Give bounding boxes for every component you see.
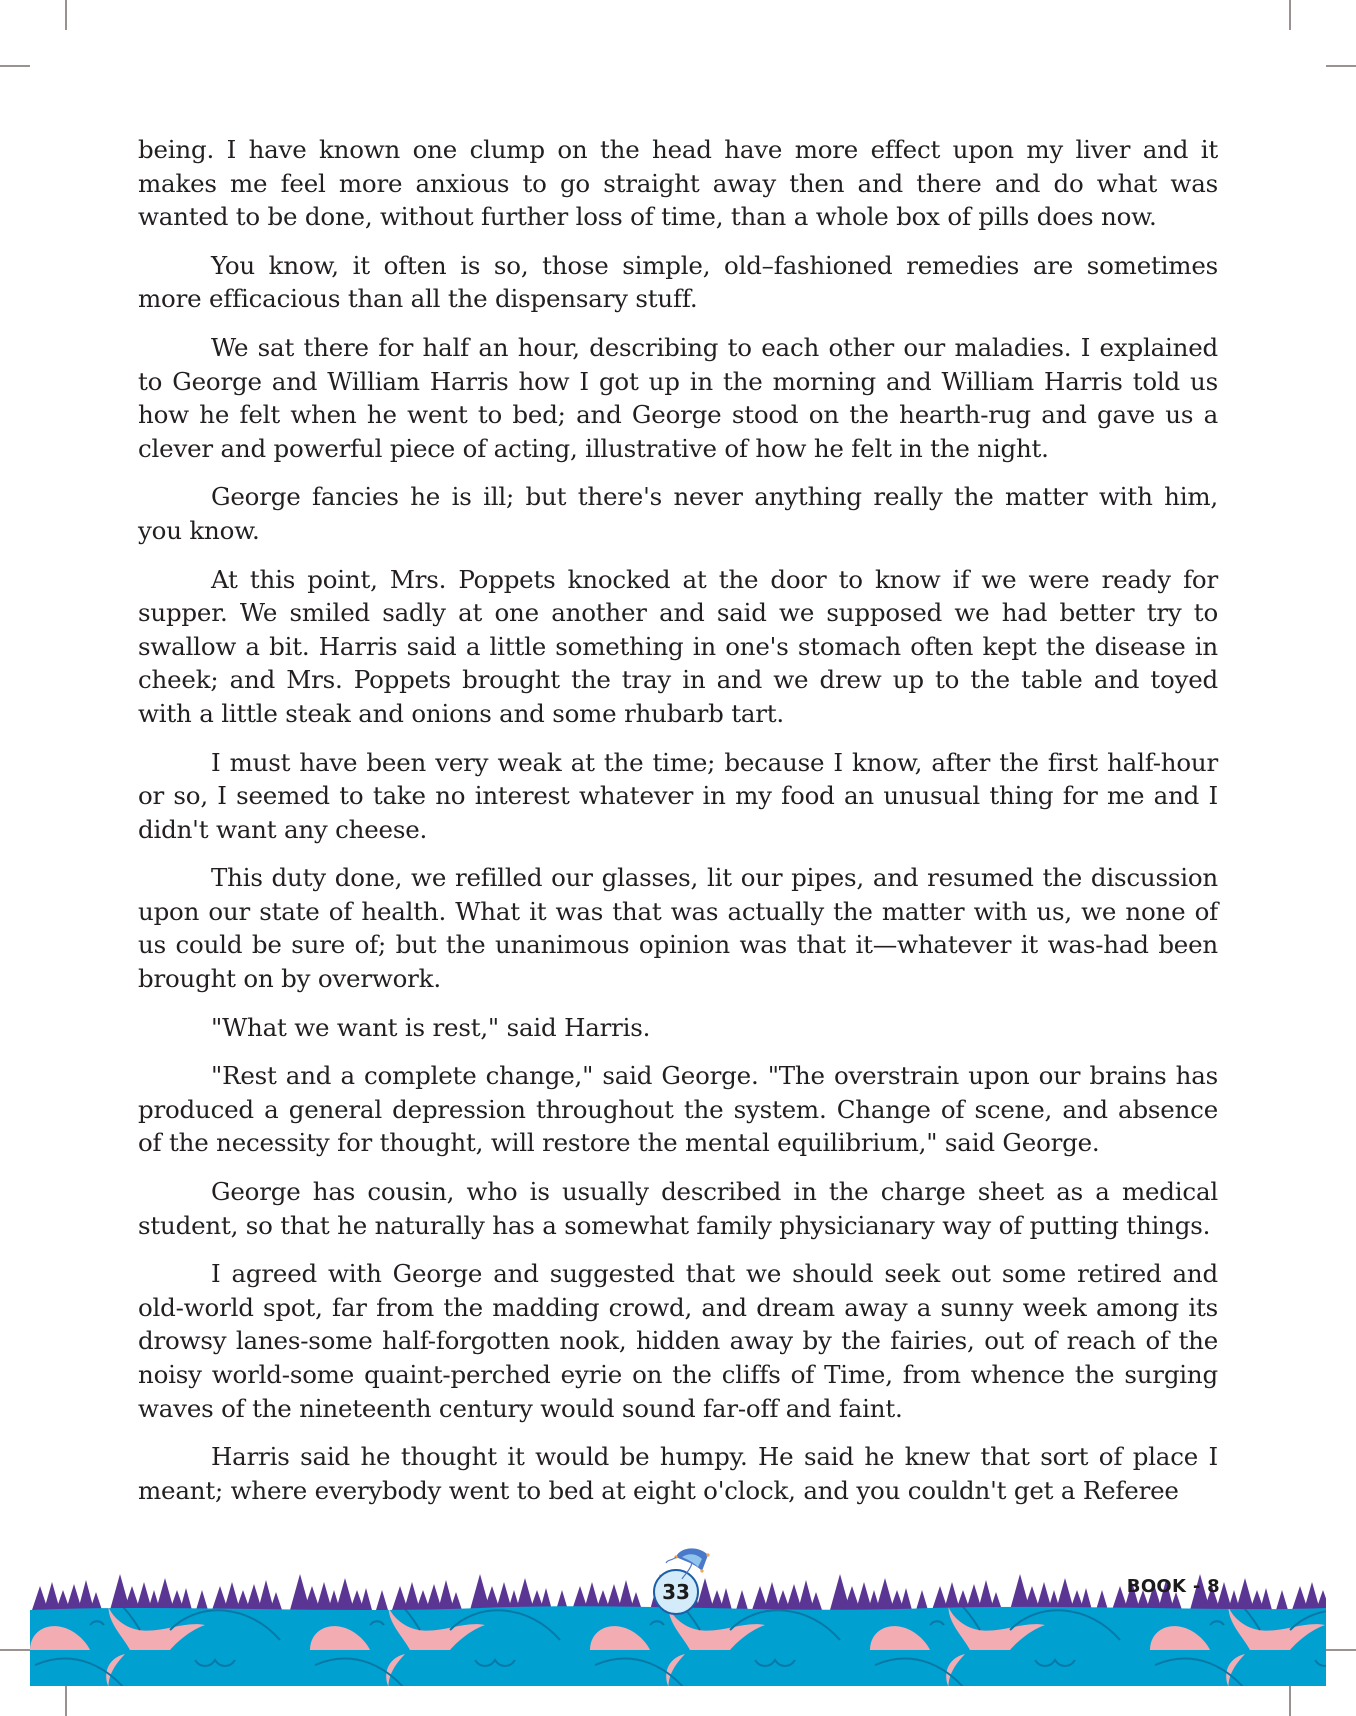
crop-mark-top-left-vertical [65,0,67,30]
book-label: BOOK - 8 [1127,1576,1220,1597]
umbrella-icon [664,1545,714,1581]
paragraph: Harris said he thought it would be humpy… [138,1440,1218,1507]
paragraph: George has cousin, who is usually descri… [138,1175,1218,1242]
crop-mark-bottom-left-horizontal [0,1649,30,1651]
crop-mark-bottom-right-horizontal [1326,1649,1356,1651]
paragraph: "What we want is rest," said Harris. [138,1011,1218,1045]
paragraph: We sat there for half an hour, describin… [138,331,1218,465]
paragraph: This duty done, we refilled our glasses,… [138,861,1218,995]
crop-mark-bottom-left-vertical [65,1686,67,1716]
paragraph: George fancies he is ill; but there's ne… [138,480,1218,547]
crop-mark-bottom-right-vertical [1289,1686,1291,1716]
crop-mark-top-right-vertical [1289,0,1291,30]
paragraph: I must have been very weak at the time; … [138,746,1218,847]
paragraph: You know, it often is so, those simple, … [138,249,1218,316]
crop-mark-top-left-horizontal [0,65,30,67]
page-body-text: being. I have known one clump on the hea… [138,133,1218,1507]
paragraph: I agreed with George and suggested that … [138,1257,1218,1425]
crop-mark-top-right-horizontal [1326,65,1356,67]
paragraph: At this point, Mrs. Poppets knocked at t… [138,563,1218,731]
paragraph: "Rest and a complete change," said Georg… [138,1059,1218,1160]
paragraph: being. I have known one clump on the hea… [138,133,1218,234]
